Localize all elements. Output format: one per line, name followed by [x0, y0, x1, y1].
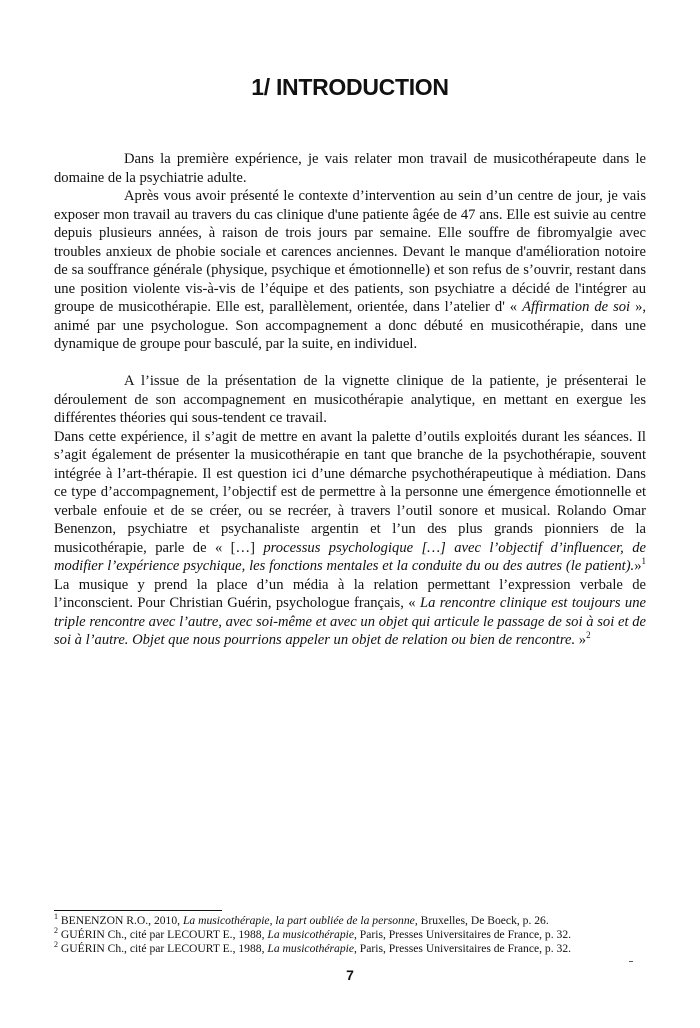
footnote-text: GUÉRIN Ch., cité par LECOURT E., 1988, [58, 928, 267, 941]
paragraph-2: Après vous avoir présenté le contexte d’… [54, 187, 646, 354]
paragraph-2-text: Après vous avoir présenté le contexte d’… [54, 188, 646, 315]
quote-close-2: » [575, 632, 586, 648]
footnote-1: 1 BENENZON R.O., 2010, La musicothérapie… [54, 914, 654, 928]
paragraph-gap [54, 354, 646, 373]
footnote-text: GUÉRIN Ch., cité par LECOURT E., 1988, [58, 942, 267, 955]
footnote-ref-1[interactable]: 1 [642, 556, 647, 566]
footnote-ref-2[interactable]: 2 [586, 630, 591, 640]
footnote-title: La musicothérapie [267, 942, 354, 955]
paragraph-3: A l’issue de la présentation de la vigne… [54, 372, 646, 428]
footnote-2: 2 GUÉRIN Ch., cité par LECOURT E., 1988,… [54, 928, 654, 942]
quote-close: » [634, 558, 641, 574]
footnote-3: 2 GUÉRIN Ch., cité par LECOURT E., 1988,… [54, 942, 654, 956]
scan-mark [629, 961, 633, 962]
footnote-title: La musicothérapie, la part oubliée de la… [183, 914, 415, 927]
footnote-text-end: , Paris, Presses Universitaires de Franc… [354, 942, 571, 955]
paragraph-4-text: Dans cette expérience, il s’agit de mett… [54, 429, 646, 556]
workshop-name: Affirmation de soi [522, 299, 630, 315]
footnotes: 1 BENENZON R.O., 2010, La musicothérapie… [54, 914, 654, 956]
page-number: 7 [0, 967, 700, 983]
document-page: 1/ INTRODUCTION Dans la première expérie… [0, 0, 700, 1028]
paragraph-4: Dans cette expérience, il s’agit de mett… [54, 428, 646, 650]
footnote-text-end: , Paris, Presses Universitaires de Franc… [354, 928, 571, 941]
body-text: Dans la première expérience, je vais rel… [54, 150, 646, 650]
footnote-text: BENENZON R.O., 2010, [58, 914, 183, 927]
footnote-title: La musicothérapie [267, 928, 354, 941]
paragraph-1: Dans la première expérience, je vais rel… [54, 150, 646, 187]
section-title: 1/ INTRODUCTION [0, 74, 700, 101]
footnote-divider [54, 910, 222, 911]
footnote-text-end: , Bruxelles, De Boeck, p. 26. [415, 914, 549, 927]
